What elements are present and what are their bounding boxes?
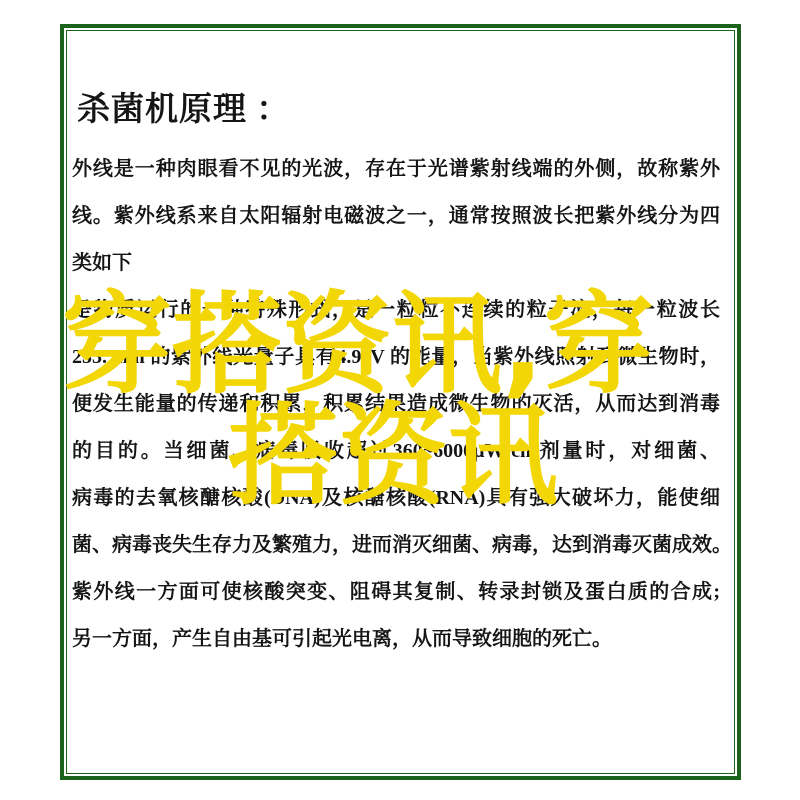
paragraph-line: 紫外线一方面可使核酸突变、阻碍其复制、转录封锁及蛋白质的合成; (72, 569, 720, 616)
watermark-text-line-2: 搭资讯 (228, 400, 558, 512)
paragraph-line: 线。紫外线系来自太阳辐射电磁波之一，通常按照波长把紫外线分为四 (72, 193, 720, 240)
document-page: 杀菌机原理 ： 外线是一种肉眼看不见的光波，存在于光谱紫射线端的外侧，故称紫外 … (0, 0, 800, 800)
paragraph-line: 菌、病毒丧失生存力及繁殖力，进而消灭细菌、病毒，达到消毒灭菌成效。 (72, 522, 720, 569)
page-title: 杀菌机原理 ： (77, 90, 290, 130)
paragraph-line: 外线是一种肉眼看不见的光波，存在于光谱紫射线端的外侧，故称紫外 (72, 146, 720, 193)
watermark-text-line-1: 穿搭资讯,穿 (62, 289, 654, 401)
paragraph-line: 类如下 (72, 240, 720, 287)
paragraph-line: 另一方面，产生自由基可引起光电离，从而导致细胞的死亡。 (72, 616, 720, 663)
